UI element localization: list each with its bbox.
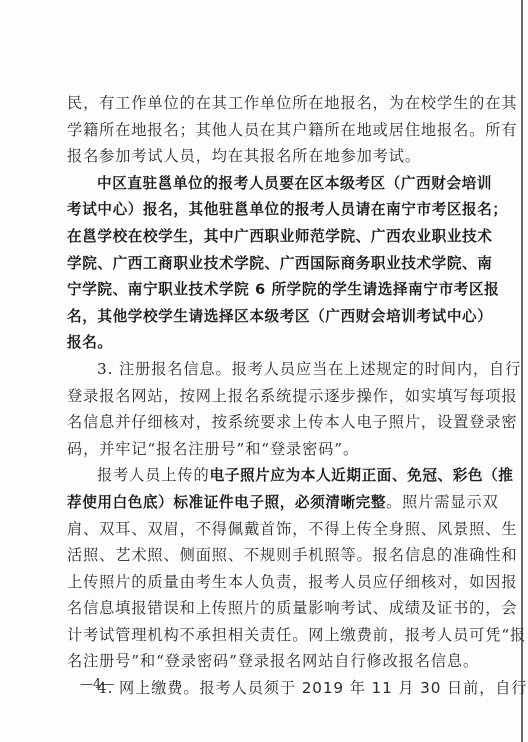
text-segment: 肩、双耳、双眉，不得佩戴首饰，不得上传全身照、风景照、生 — [67, 520, 517, 538]
text-line: 荐使用白色底）标准证件电子照，必须清晰完整。照片需显示双 — [67, 489, 459, 516]
text-segment-bold: 荐使用白色底）标准证件电子照，必须清晰完整 — [67, 494, 386, 511]
text-segment: 上传照片的质量由考生本人负责，报考人员应仔细核对，如因报 — [67, 573, 517, 591]
text-segment-bold: 中区直驻邕单位的报考人员要在区本级考区（广西财会培训 — [97, 175, 492, 192]
text-line: 宁学院、南宁职业技术学院 6 所学院的学生请选择南宁市考区报 — [67, 276, 459, 303]
text-segment-bold: 电子照片应为本人近期正面、免冠、彩色（推 — [210, 467, 514, 484]
text-segment-bold: 宁学院、南宁职业技术学院 6 所学院的学生请选择南宁市考区报 — [67, 281, 499, 298]
text-line: 考试中心）报名，其他驻邕单位的报考人员请在南宁市考区报名； — [67, 196, 459, 223]
text-segment: 计考试管理机构不承担相关责任。网上缴费前，报考人员可凭“报 — [67, 626, 526, 644]
text-line: 报名参加考试人员，均在其报名所在地参加考试。 — [67, 143, 459, 170]
text-line: 计考试管理机构不承担相关责任。网上缴费前，报考人员可凭“报 — [67, 622, 459, 649]
text-line: 4. 网上缴费。报考人员须于 2019 年 11 月 30 日前，自行登 — [67, 675, 459, 702]
text-segment: 名注册号”和“登录密码”登录报名网站自行修改报名信息。 — [67, 652, 479, 670]
text-segment-bold: 学院、广西工商职业技术学院、广西国际商务职业技术学院、南 — [67, 255, 492, 272]
text-line: 名信息并仔细核对，按系统要求上传本人电子照片，设置登录密 — [67, 409, 459, 436]
text-segment: 名信息并仔细核对，按系统要求上传本人电子照片，设置登录密 — [67, 413, 517, 431]
text-segment-bold: 考试中心）报名，其他驻邕单位的报考人员请在南宁市考区报名； — [67, 201, 508, 218]
page-number: —4— — [80, 677, 114, 692]
text-line: 学籍所在地报名；其他人员在其户籍所在地或居住地报名。所有 — [67, 117, 459, 144]
text-line: 名注册号”和“登录密码”登录报名网站自行修改报名信息。 — [67, 648, 459, 675]
text-line: 肩、双耳、双眉，不得佩戴首饰，不得上传全身照、风景照、生 — [67, 516, 459, 543]
text-segment: 报名参加考试人员，均在其报名所在地参加考试。 — [67, 147, 421, 165]
text-segment-bold: 报名。 — [67, 334, 113, 351]
text-segment: 民，有工作单位的在其工作单位所在地报名，为在校学生的在其 — [67, 94, 517, 112]
text-line: 3. 注册报名信息。报考人员应当在上述规定的时间内，自行 — [67, 356, 459, 383]
text-line: 学院、广西工商职业技术学院、广西国际商务职业技术学院、南 — [67, 250, 459, 277]
text-line: 民，有工作单位的在其工作单位所在地报名，为在校学生的在其 — [67, 90, 459, 117]
text-line: 名信息填报错误和上传照片的质量影响考试、成绩及证书的，会 — [67, 595, 459, 622]
text-line: 上传照片的质量由考生本人负责，报考人员应仔细核对，如因报 — [67, 569, 459, 596]
text-segment: 3. 注册报名信息。报考人员应当在上述规定的时间内，自行 — [97, 360, 521, 378]
text-segment: 学籍所在地报名；其他人员在其户籍所在地或居住地报名。所有 — [67, 121, 517, 139]
text-segment: 报考人员上传的 — [97, 466, 210, 484]
text-line: 活照、艺术照、侧面照、不规则手机照等。报名信息的准确性和 — [67, 542, 459, 569]
text-line: 在邕学校在校学生，其中广西职业师范学院、广西农业职业技术 — [67, 223, 459, 250]
text-segment-bold: 名，其他学校学生请选择区本级考区（广西财会培训考试中心） — [67, 308, 492, 325]
text-line: 登录报名网站，按网上报名系统提示逐步操作，如实填写每项报 — [67, 383, 459, 410]
text-line: 中区直驻邕单位的报考人员要在区本级考区（广西财会培训 — [67, 170, 459, 197]
text-segment: 登录报名网站，按网上报名系统提示逐步操作，如实填写每项报 — [67, 387, 517, 405]
text-segment-bold: 在邕学校在校学生，其中广西职业师范学院、广西农业职业技术 — [67, 228, 492, 245]
text-line: 报名。 — [67, 329, 459, 356]
text-segment: 名信息填报错误和上传照片的质量影响考试、成绩及证书的，会 — [67, 599, 517, 617]
text-segment: 。照片需显示双 — [386, 493, 499, 511]
text-segment: 活照、艺术照、侧面照、不规则手机照等。报名信息的准确性和 — [67, 546, 517, 564]
document-body: 民，有工作单位的在其工作单位所在地报名，为在校学生的在其 学籍所在地报名；其他人… — [67, 90, 459, 702]
text-line: 名，其他学校学生请选择区本级考区（广西财会培训考试中心） — [67, 303, 459, 330]
text-line: 码，并牢记“报名注册号”和“登录密码”。 — [67, 436, 459, 463]
text-line: 报考人员上传的电子照片应为本人近期正面、免冠、彩色（推 — [67, 462, 459, 489]
text-segment-date: 2019 年 11 月 30 日前，自行登 — [302, 679, 528, 697]
text-segment: 码，并牢记“报名注册号”和“登录密码”。 — [67, 440, 359, 458]
text-segment: 4. 网上缴费。报考人员须于 — [97, 679, 302, 697]
